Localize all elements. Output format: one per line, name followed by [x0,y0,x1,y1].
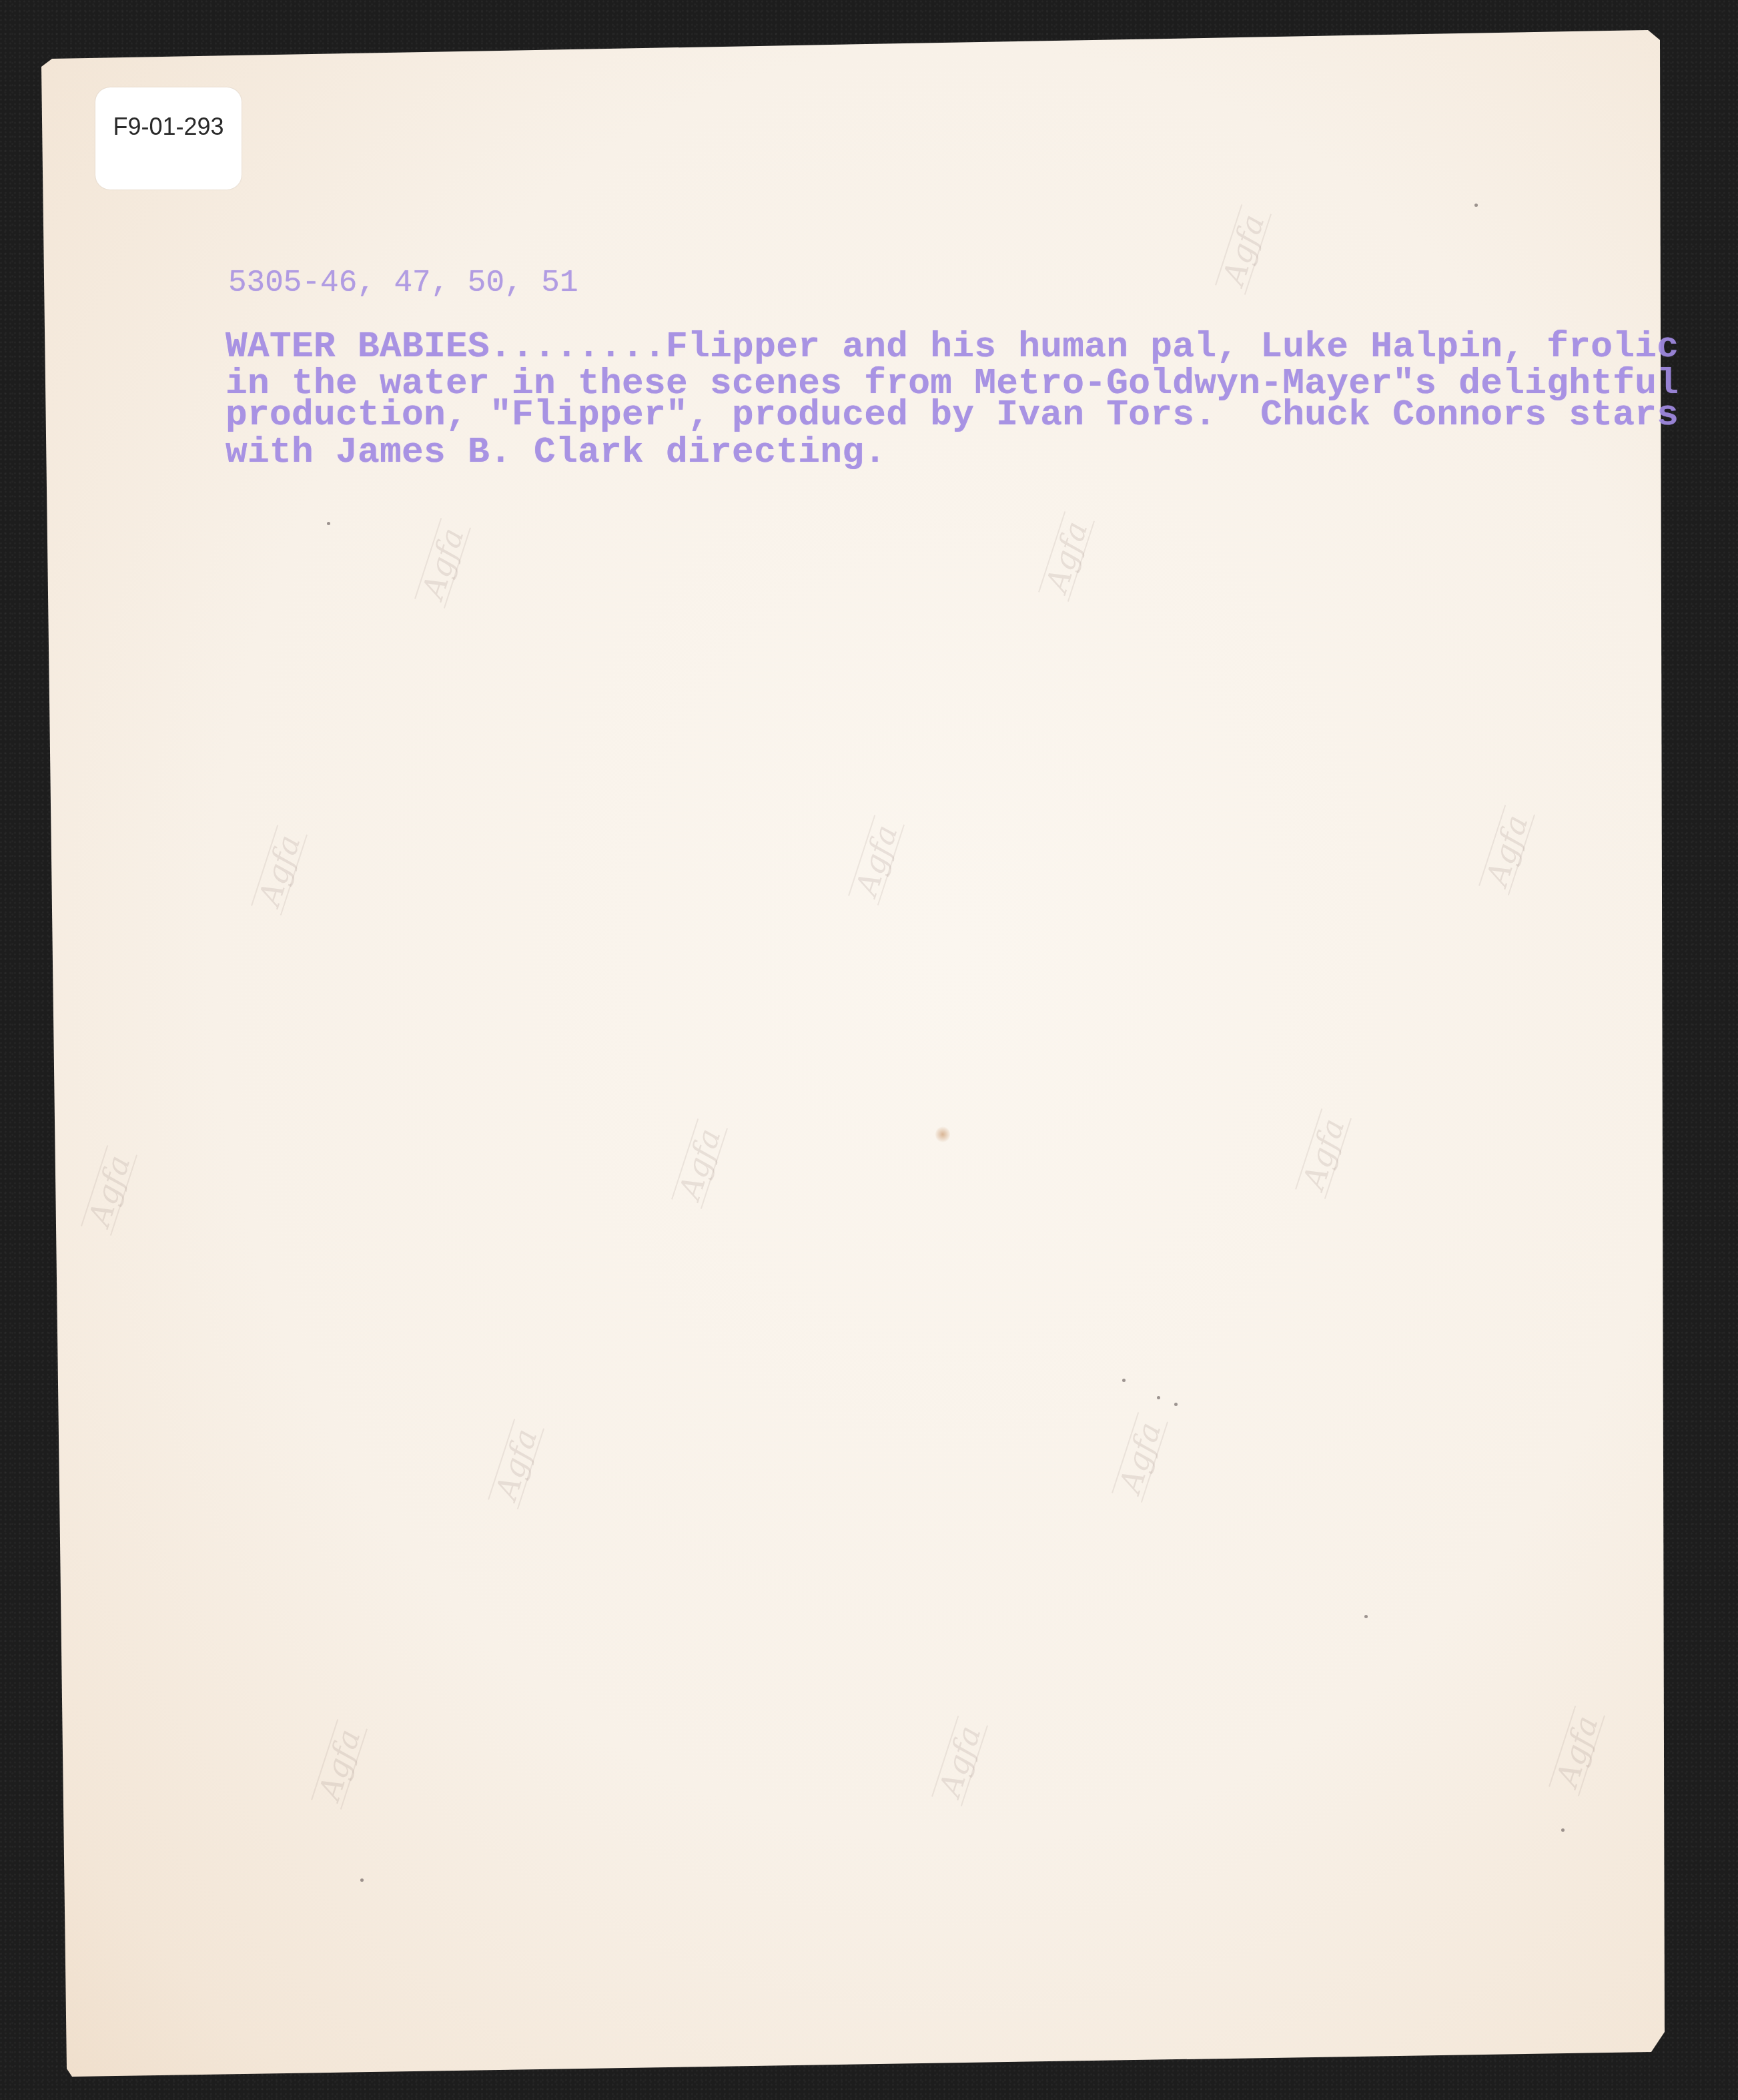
caption-line-3: production, "Flipper", produced by Ivan … [226,395,1679,436]
caption-line-1: WATER BABIES........Flipper and his huma… [226,327,1679,368]
paper-stain [935,1126,950,1142]
paper-speck [1364,1615,1368,1618]
paper-speck [1122,1379,1126,1382]
paper-speck [1157,1396,1160,1399]
paper-speck [1561,1828,1565,1832]
catalog-numbers: 5305-46, 47, 50, 51 [228,266,578,300]
photo-back-paper [0,0,1738,2100]
caption-line-4: with James B. Clark directing. [226,432,886,473]
paper-speck [1174,1403,1178,1406]
paper-speck [327,522,330,525]
catalog-label-id: F9-01-293 [95,113,242,141]
paper-speck [360,1878,364,1882]
catalog-label-sticker: F9-01-293 [95,87,242,190]
paper-speck [1474,204,1478,207]
